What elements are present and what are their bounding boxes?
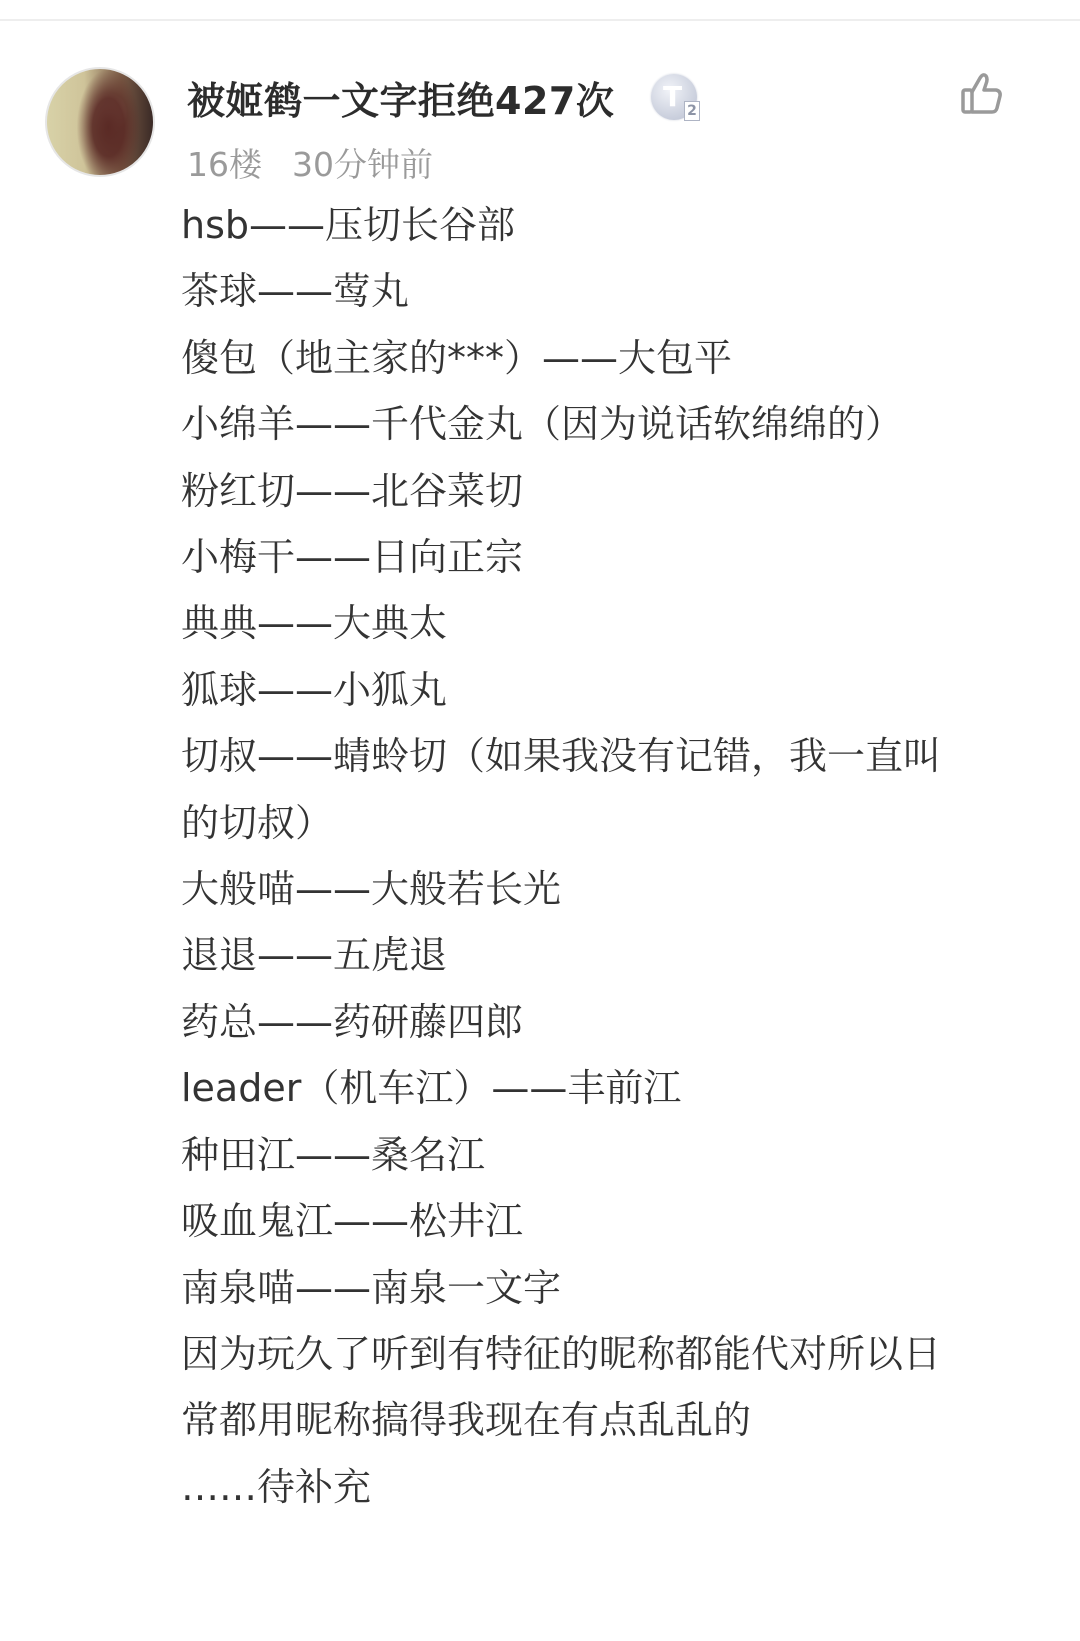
username[interactable]: 被姬鹤一文字拒绝427次 <box>187 70 614 125</box>
comment-line: 种田江——桑名江 <box>181 1122 1041 1188</box>
like-button[interactable] <box>960 70 1004 116</box>
comment-line: 南泉喵——南泉一文字 <box>181 1255 1041 1321</box>
comment-line: 大般喵——大般若长光 <box>181 856 1041 922</box>
comment-line: 退退——五虎退 <box>181 922 1041 988</box>
comment-meta: 16楼30分钟前 <box>187 139 433 186</box>
comment-body: hsb——压切长谷部 茶球——莺丸 傻包（地主家的***）——大包平 小绵羊——… <box>181 192 1041 1520</box>
comment-line: 常都用昵称搞得我现在有点乱乱的 <box>181 1387 1041 1453</box>
comment-line: 药总——药研藤四郎 <box>181 989 1041 1055</box>
comment-line: 小绵羊——千代金丸（因为说话软绵绵的） <box>181 391 1041 457</box>
badge-level: 2 <box>684 101 700 121</box>
comment-line: 粉红切——北谷菜切 <box>181 458 1041 524</box>
comment-line: 典典——大典太 <box>181 590 1041 656</box>
comment-line: 切叔——蜻蛉切（如果我没有记错，我一直叫 <box>181 723 1041 789</box>
comment-line: hsb——压切长谷部 <box>181 192 1041 258</box>
user-avatar[interactable] <box>45 67 155 177</box>
top-divider <box>0 19 1080 21</box>
comment-line: 吸血鬼江——松井江 <box>181 1188 1041 1254</box>
comment-line: ……待补充 <box>181 1454 1041 1520</box>
comment-line: 傻包（地主家的***）——大包平 <box>181 325 1041 391</box>
level-badge-icon: T 2 <box>651 74 697 120</box>
comment-line: 的切叔） <box>181 790 1041 856</box>
comment-line: leader（机车江）——丰前江 <box>181 1055 1041 1121</box>
comment-line: 小梅干——日向正宗 <box>181 524 1041 590</box>
badge-letter: T <box>663 80 682 113</box>
comment-line: 狐球——小狐丸 <box>181 657 1041 723</box>
post-time: 30分钟前 <box>292 145 433 184</box>
floor-number: 16楼 <box>187 145 262 184</box>
comment-line: 茶球——莺丸 <box>181 258 1041 324</box>
comment-line: 因为玩久了听到有特征的昵称都能代对所以日 <box>181 1321 1041 1387</box>
thumbs-up-icon <box>960 70 1004 116</box>
